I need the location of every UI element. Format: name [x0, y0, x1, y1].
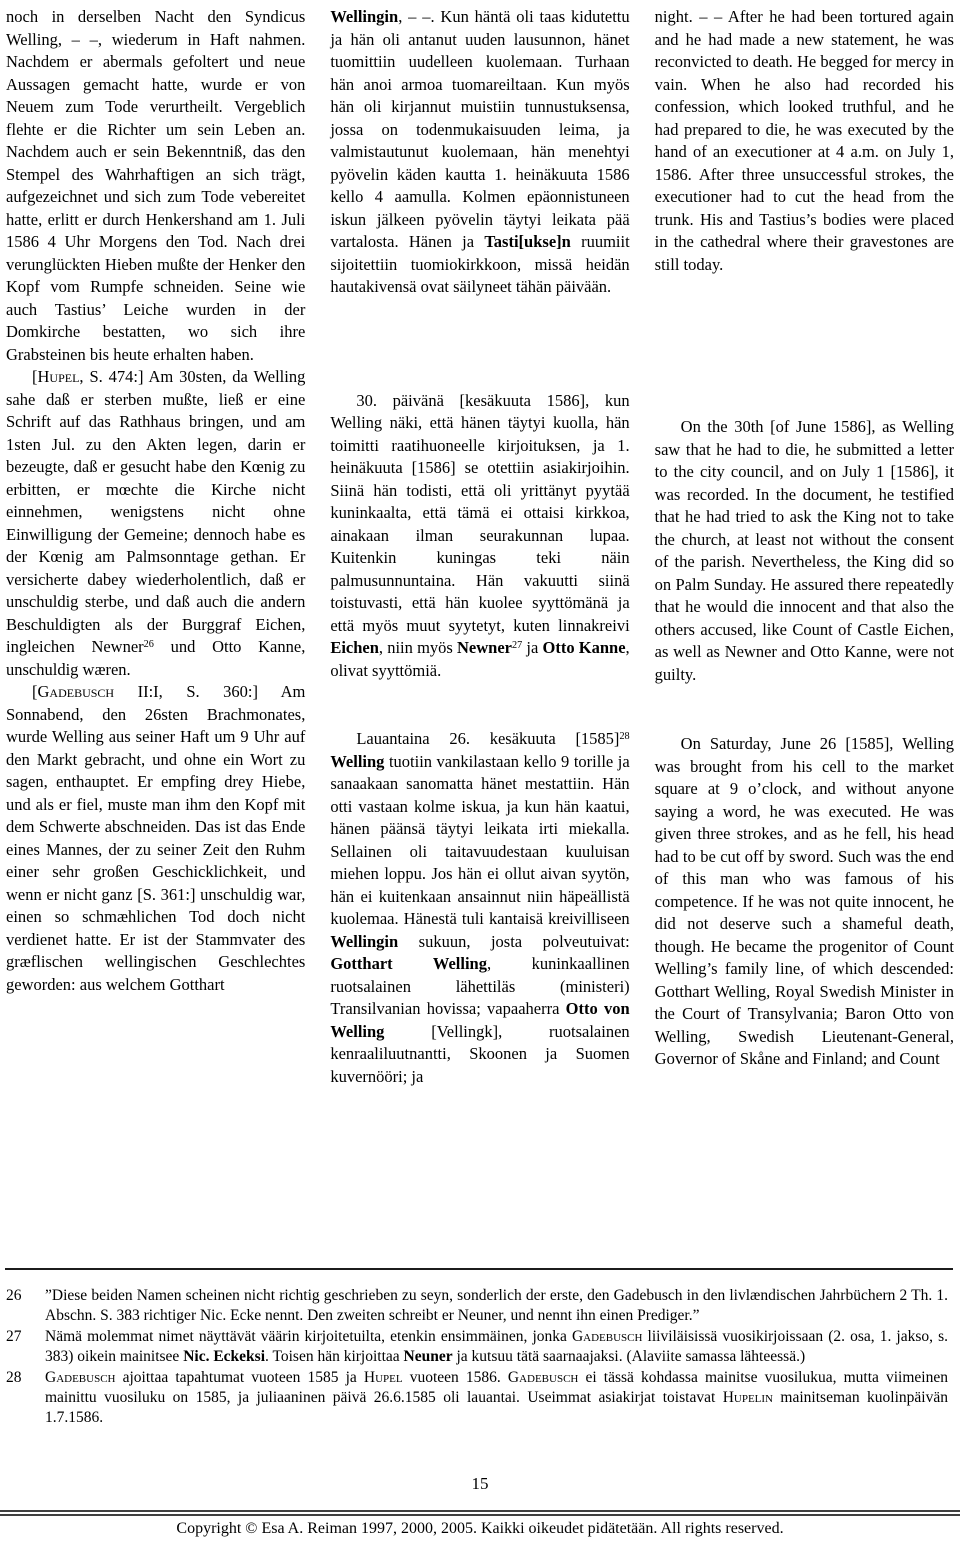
footnotes: 26 ”Diese beiden Namen scheinen nicht ri… — [6, 1286, 948, 1429]
german-paragraph-2: [Hupel, S. 474:] Am 30sten, da Welling s… — [6, 366, 305, 681]
footnote-27: 27 Nämä molemmat nimet näyttävät väärin … — [6, 1327, 948, 1367]
finnish-paragraph-3: Lauantaina 26. kesäkuuta [1585]28 Wellin… — [330, 728, 629, 1088]
finnish-paragraph-1: Wellingin, – –. Kun häntä oli taas kidut… — [330, 6, 629, 299]
finnish-paragraph-2: 30. päivänä [kesäkuuta 1586], kun Wellin… — [330, 390, 629, 683]
footnote-number: 27 — [6, 1327, 45, 1367]
text-columns: noch in derselben Nacht den Syndicus Wel… — [6, 6, 954, 1088]
footnote-26: 26 ”Diese beiden Namen scheinen nicht ri… — [6, 1286, 948, 1326]
footnote-number: 28 — [6, 1368, 45, 1428]
english-paragraph-2: On the 30th [of June 1586], as Welling s… — [655, 416, 954, 686]
german-paragraph-3: [Gadebusch II:I, S. 360:] Am Sonnabend, … — [6, 681, 305, 996]
copyright-footer: Copyright © Esa A. Reiman 1997, 2000, 20… — [0, 1520, 960, 1538]
footnote-28: 28 Gadebusch ajoittaa tapahtumat vuoteen… — [6, 1368, 948, 1428]
english-paragraph-3: On Saturday, June 26 [1585], Welling was… — [655, 733, 954, 1071]
footnote-text: Nämä molemmat nimet näyttävät väärin kir… — [45, 1327, 948, 1367]
english-paragraph-1: night. – – After he had been tortured ag… — [655, 6, 954, 276]
column-english: night. – – After he had been tortured ag… — [655, 6, 954, 1088]
page-number: 15 — [0, 1474, 960, 1494]
german-paragraph-1: noch in derselben Nacht den Syndicus Wel… — [6, 6, 305, 366]
column-finnish: Wellingin, – –. Kun häntä oli taas kidut… — [330, 6, 629, 1088]
footnote-text: ”Diese beiden Namen scheinen nicht richt… — [45, 1286, 948, 1326]
footer-rule — [0, 1510, 960, 1516]
footnote-text: Gadebusch ajoittaa tapahtumat vuoteen 15… — [45, 1368, 948, 1428]
column-german: noch in derselben Nacht den Syndicus Wel… — [6, 6, 305, 1088]
footnote-separator-rule — [5, 1268, 953, 1270]
footnote-number: 26 — [6, 1286, 45, 1326]
